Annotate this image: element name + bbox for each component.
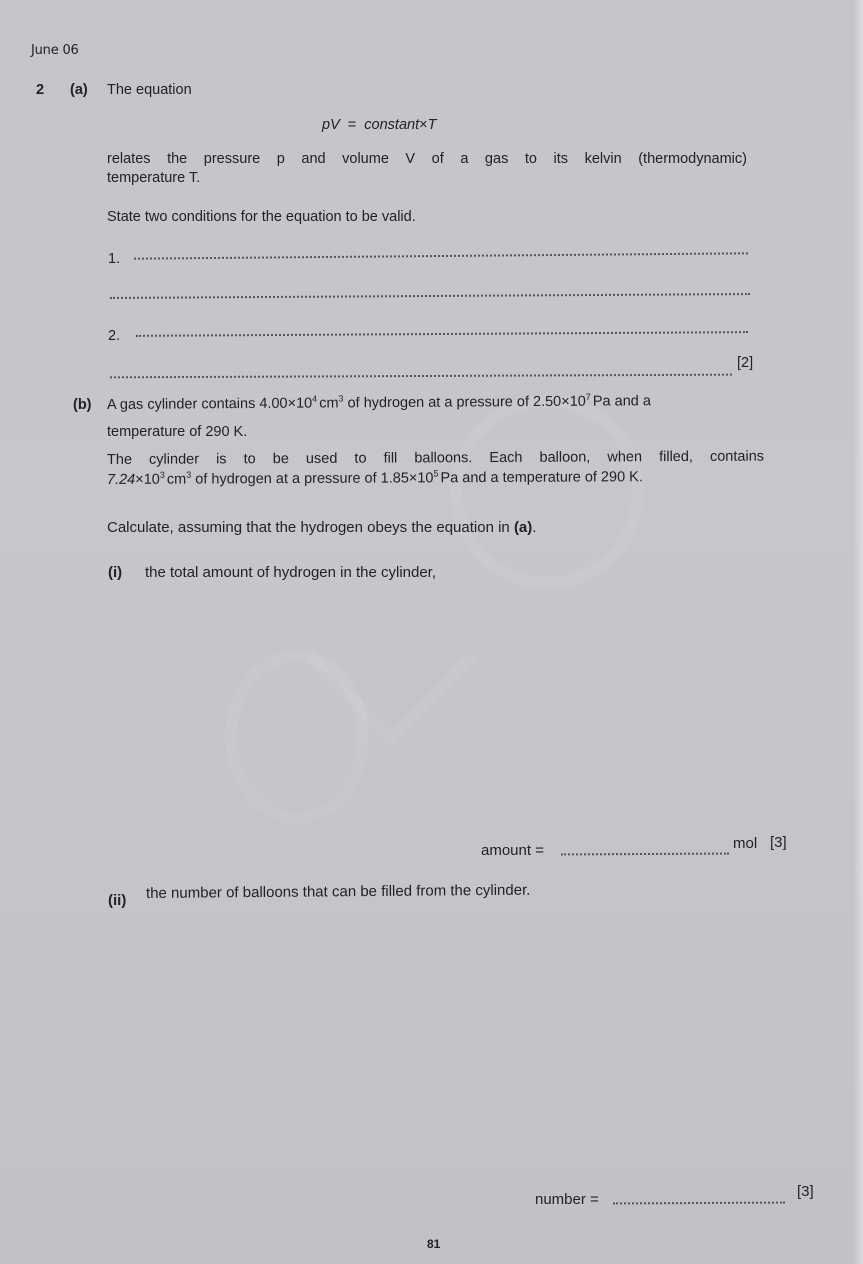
answer-2-line[interactable] bbox=[136, 331, 748, 337]
part-a-marks: [2] bbox=[737, 355, 753, 371]
part-a-label: (a) bbox=[70, 82, 88, 98]
part-b-para1-line2: temperature of 290 K. bbox=[107, 424, 247, 440]
part-b-para1-line1: A gas cylinder contains 4.00×104cm3 of h… bbox=[107, 393, 651, 413]
answer-2-line-2[interactable] bbox=[110, 374, 732, 379]
calc-prompt: Calculate, assuming that the hydrogen ob… bbox=[107, 519, 536, 536]
power-exponent: 4 bbox=[312, 394, 317, 404]
power-base: 10 bbox=[570, 394, 586, 410]
times-sign: × bbox=[561, 394, 570, 410]
answer-1-label: 1. bbox=[108, 251, 120, 267]
watermark-check bbox=[305, 575, 478, 748]
text-segment: of hydrogen at a pressure of bbox=[344, 394, 534, 411]
equation-lhs: pV bbox=[322, 117, 340, 133]
pressure-unit: Pa bbox=[593, 393, 611, 409]
header-date: June 06 bbox=[31, 43, 79, 58]
volume-unit: cm bbox=[319, 395, 338, 411]
calc-prompt-text: Calculate, assuming that the hydrogen ob… bbox=[107, 519, 514, 536]
volume-unit: cm bbox=[167, 472, 186, 488]
volume-value: 4.00 bbox=[259, 396, 287, 412]
power-base: 10 bbox=[417, 470, 433, 486]
times-sign: × bbox=[288, 396, 297, 412]
power-base: 10 bbox=[296, 396, 312, 412]
pressure-unit: Pa bbox=[440, 470, 458, 486]
sub-i-marks: [3] bbox=[770, 834, 787, 851]
sub-i-label: (i) bbox=[108, 564, 122, 581]
watermark-ring bbox=[225, 650, 369, 824]
answer-1-line[interactable] bbox=[134, 252, 748, 259]
page-number: 81 bbox=[427, 1237, 440, 1251]
number-input-line[interactable] bbox=[613, 1202, 785, 1205]
times-sign: × bbox=[135, 472, 144, 488]
equation: pV = constant×T bbox=[322, 117, 436, 133]
power-exponent: 3 bbox=[160, 470, 165, 480]
part-a-description-line2: temperature T. bbox=[107, 170, 200, 186]
question-number: 2 bbox=[36, 82, 44, 98]
answer-2-label: 2. bbox=[108, 328, 120, 344]
amount-label: amount = bbox=[481, 842, 544, 859]
sub-i-text: the total amount of hydrogen in the cyli… bbox=[145, 564, 436, 581]
calc-prompt-reference: (a) bbox=[514, 519, 532, 536]
power-base: 10 bbox=[144, 472, 160, 488]
sub-ii-text: the number of balloons that can be fille… bbox=[146, 882, 531, 902]
answer-1-line-2[interactable] bbox=[110, 293, 750, 299]
pressure-value: 2.50 bbox=[533, 394, 561, 410]
part-a-description-line1: relates the pressure p and volume V of a… bbox=[107, 151, 747, 167]
power-exponent: 7 bbox=[586, 392, 591, 402]
volume-value: 7.24 bbox=[107, 472, 135, 488]
text-segment: and a bbox=[611, 393, 651, 409]
part-a-intro: The equation bbox=[107, 82, 192, 98]
part-b-label: (b) bbox=[73, 397, 92, 413]
pressure-value: 1.85 bbox=[381, 470, 409, 486]
equation-t: T bbox=[428, 117, 437, 133]
equation-constant: constant bbox=[364, 117, 419, 133]
text-segment: A gas cylinder contains bbox=[107, 396, 259, 413]
number-label: number = bbox=[535, 1191, 599, 1208]
calc-prompt-end: . bbox=[532, 519, 536, 536]
amount-unit: mol bbox=[733, 835, 757, 852]
part-b-para2-line2: 7.24×103cm3 of hydrogen at a pressure of… bbox=[107, 469, 643, 488]
watermark-arc bbox=[450, 395, 644, 589]
part-b-para2-line1: The cylinder is to be used to fill ballo… bbox=[107, 449, 764, 468]
text-segment: and a temperature of 290 K. bbox=[458, 469, 643, 486]
amount-input-line[interactable] bbox=[561, 853, 729, 856]
sub-ii-marks: [3] bbox=[797, 1183, 814, 1200]
part-a-prompt: State two conditions for the equation to… bbox=[107, 209, 416, 225]
page-edge bbox=[853, 0, 863, 1264]
sub-ii-label: (ii) bbox=[108, 892, 126, 909]
equation-equals: = bbox=[348, 117, 356, 133]
equation-times: × bbox=[419, 117, 427, 133]
text-segment: of hydrogen at a pressure of bbox=[191, 471, 381, 488]
power-exponent: 5 bbox=[433, 468, 438, 478]
